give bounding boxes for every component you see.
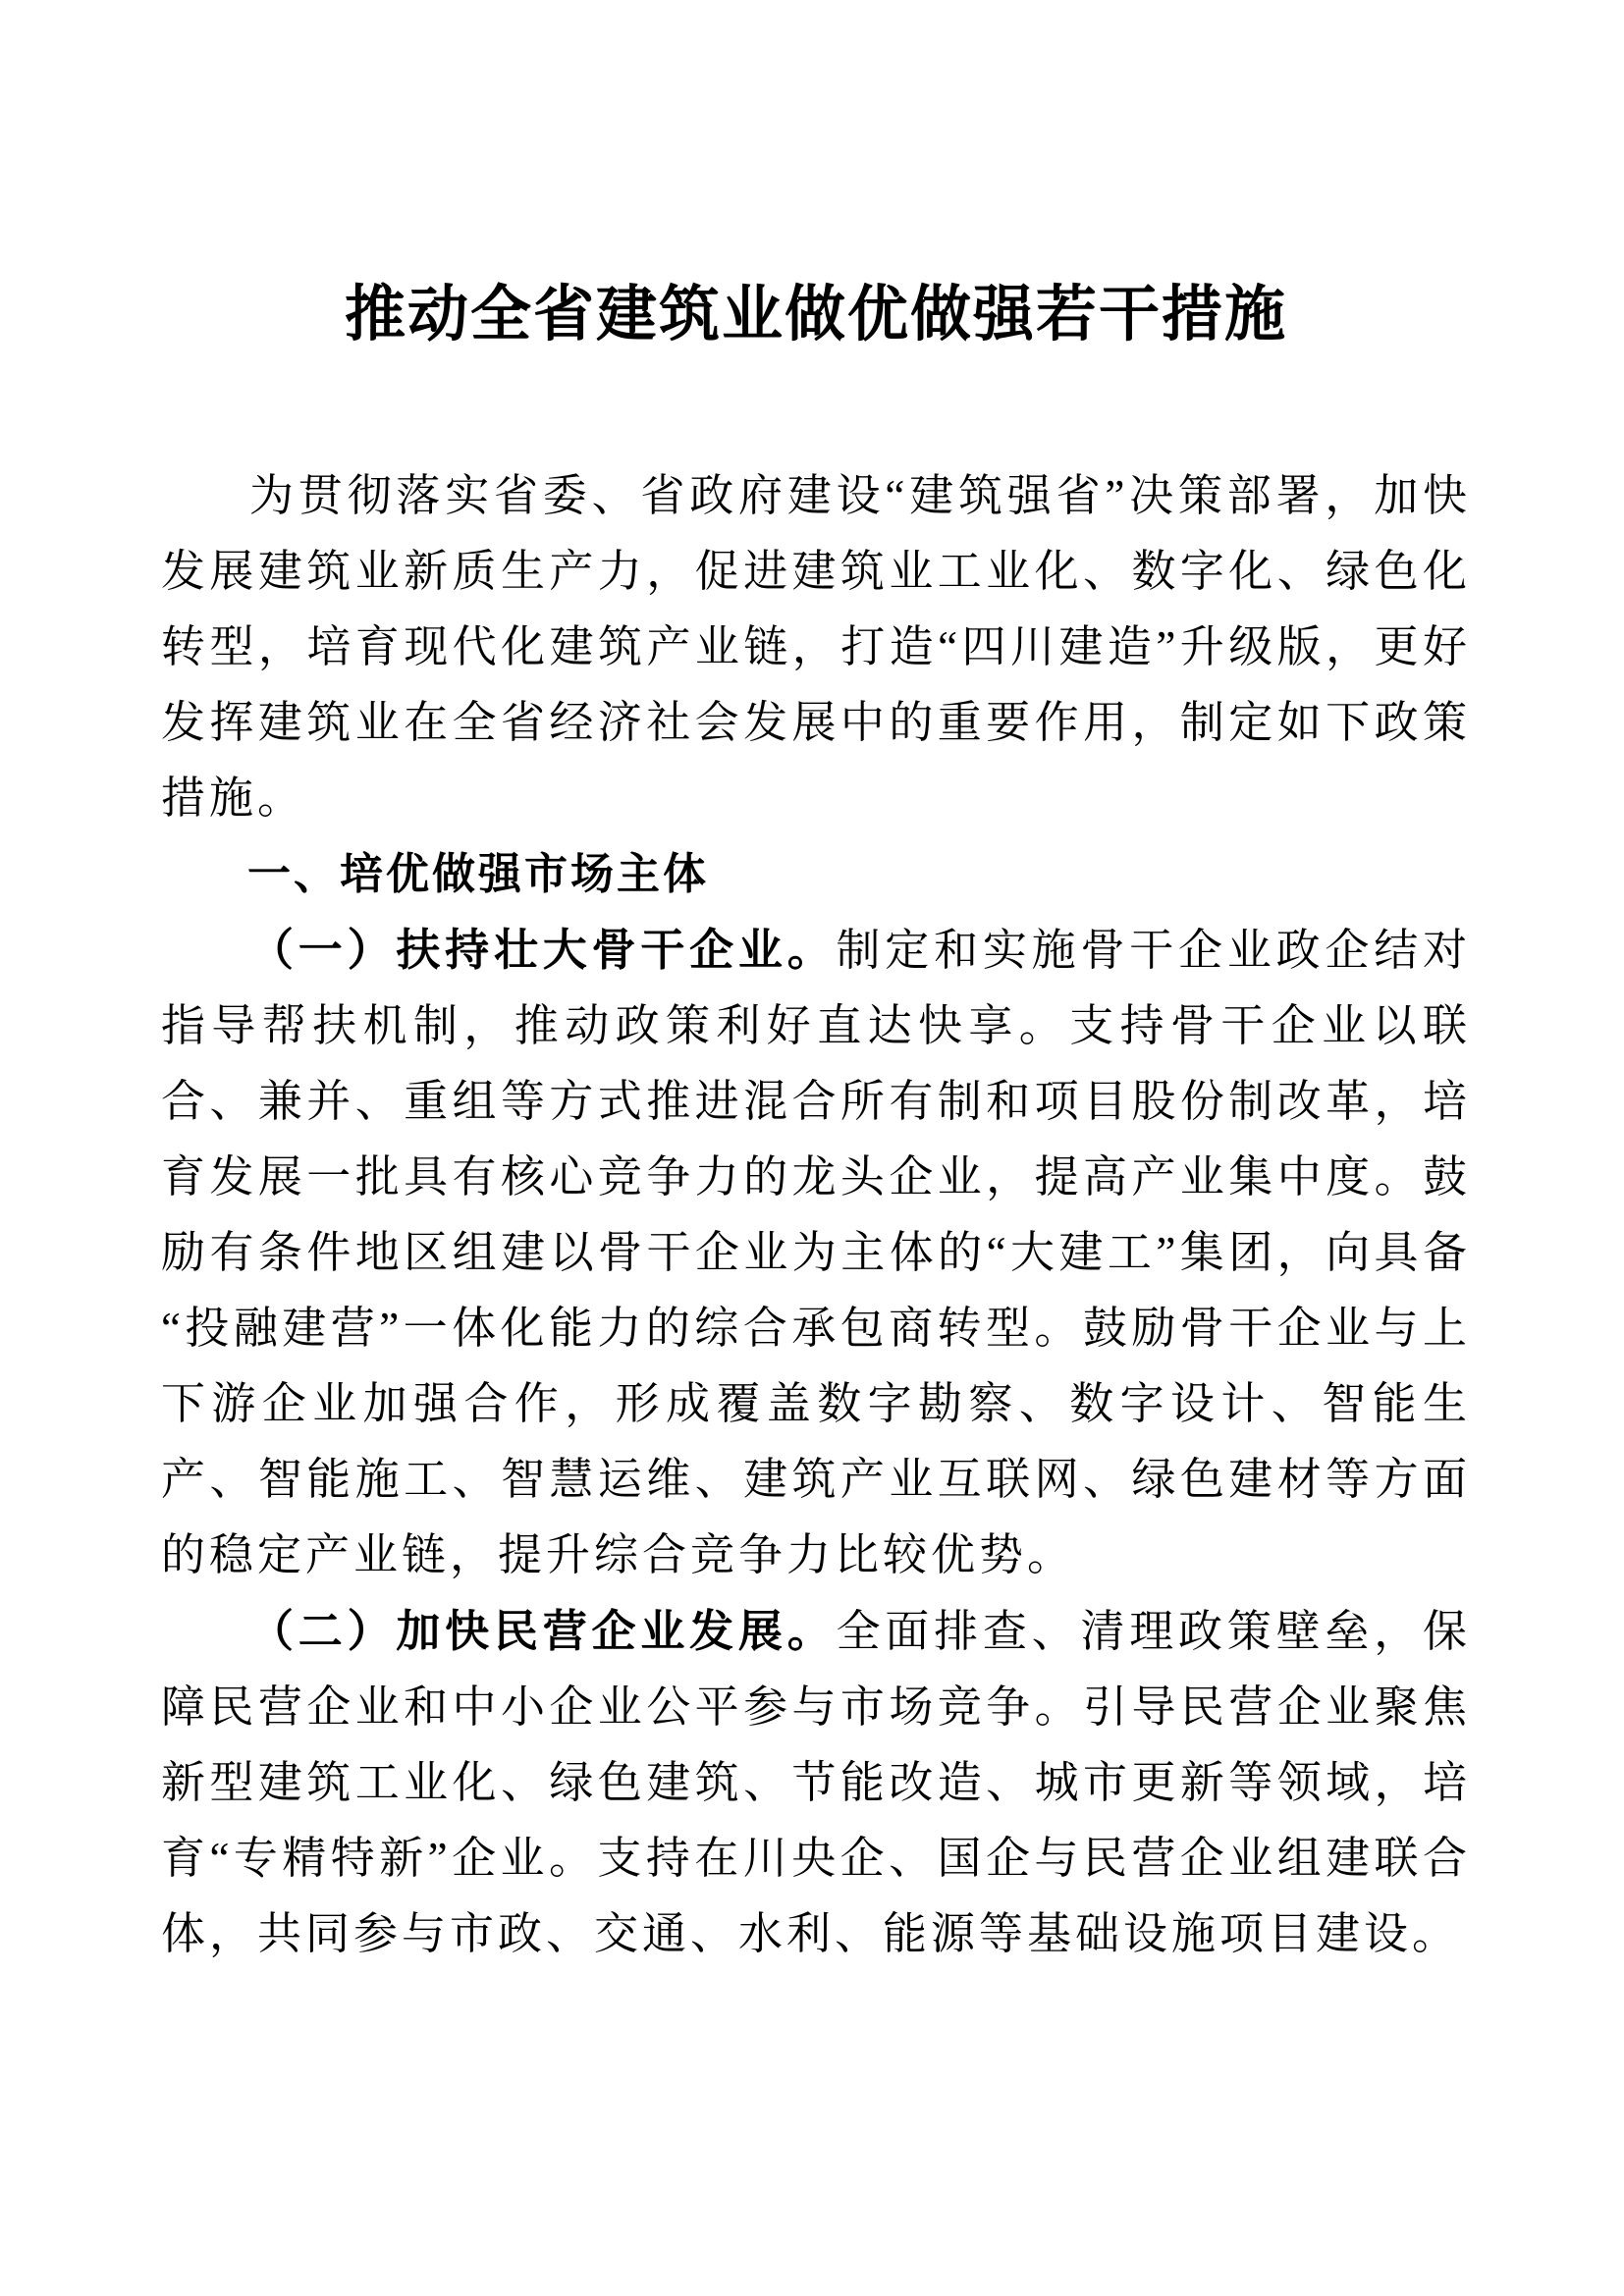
- document-title: 推动全省建筑业做优做强若干措施: [161, 273, 1471, 357]
- measure-1-text: 制定和实施骨干企业政企结对指导帮扶机制，推动政策利好直达快享。支持骨干企业以联合…: [161, 926, 1471, 1579]
- measure-1-lead: （一）扶持壮大骨干企业。: [249, 925, 837, 975]
- measure-2-lead: （二）加快民营企业发展。: [249, 1606, 837, 1656]
- measure-paragraph-1: （一）扶持壮大骨干企业。制定和实施骨干企业政企结对指导帮扶机制，推动政策利好直达…: [161, 912, 1471, 1593]
- measure-paragraph-2: （二）加快民营企业发展。全面排查、清理政策壁垒，保障民营企业和中小企业公平参与市…: [161, 1593, 1471, 1972]
- measure-2-text: 全面排查、清理政策壁垒，保障民营企业和中小企业公平参与市场竞争。引导民营企业聚焦…: [161, 1607, 1471, 1958]
- intro-paragraph: 为贯彻落实省委、省政府建设“建筑强省”决策部署，加快发展建筑业新质生产力，促进建…: [161, 458, 1471, 836]
- document-page: 推动全省建筑业做优做强若干措施 为贯彻落实省委、省政府建设“建筑强省”决策部署，…: [0, 0, 1624, 2296]
- section-heading-1: 一、培优做强市场主体: [161, 836, 1471, 912]
